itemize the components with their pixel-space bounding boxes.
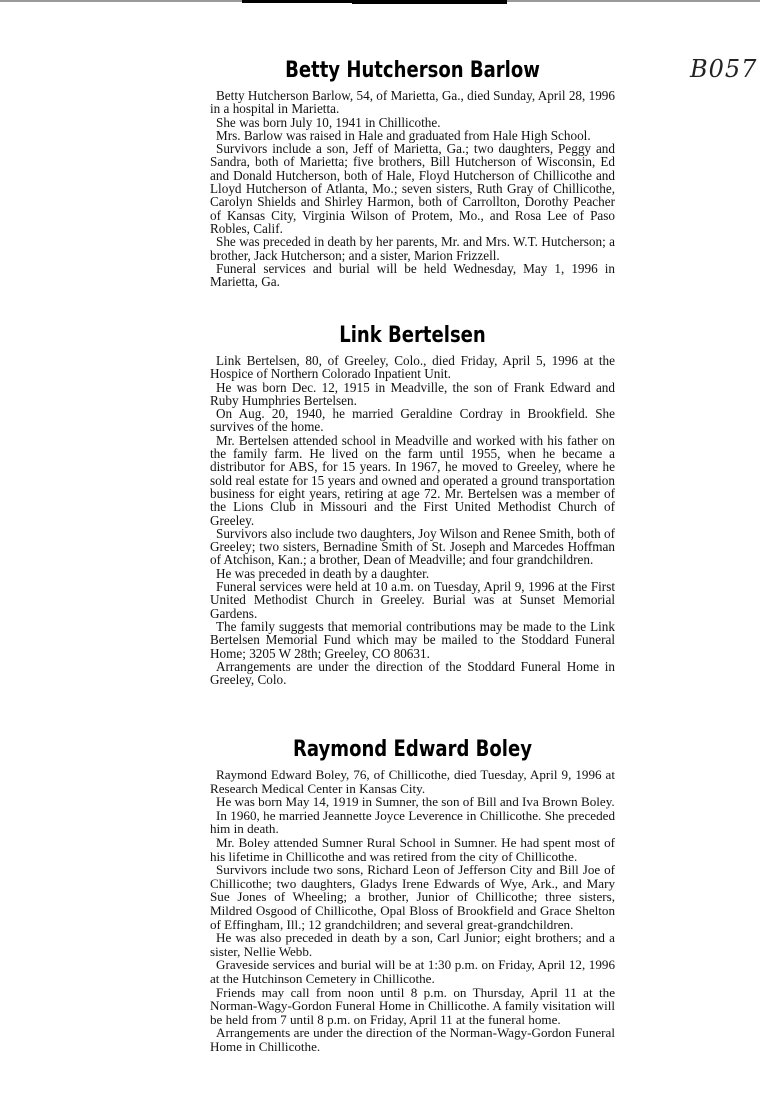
scan-top-edge	[0, 0, 760, 3]
obituary-paragraph: He was born May 14, 1919 in Sumner, the …	[210, 795, 615, 809]
obituary-paragraph: On Aug. 20, 1940, he married Geraldine C…	[210, 407, 615, 434]
obituary-heading: Link Bertelsen	[246, 323, 578, 348]
obituary-paragraph: Survivors also include two daughters, Jo…	[210, 527, 615, 567]
obituary-paragraph: In 1960, he married Jeannette Joyce Leve…	[210, 809, 615, 836]
obituary-paragraph: He was preceded in death by a daughter.	[210, 567, 615, 580]
obituary-paragraph: Betty Hutcherson Barlow, 54, of Marietta…	[210, 89, 615, 116]
obituary-paragraph: She was preceded in death by her parents…	[210, 235, 615, 262]
obituary-paragraph: Mr. Bertelsen attended school in Meadvil…	[210, 434, 615, 527]
obituary-paragraph: Raymond Edward Boley, 76, of Chillicothe…	[210, 768, 615, 795]
obituary-paragraph: Arrangements are under the direction of …	[210, 660, 615, 687]
obituary-heading: Raymond Edward Boley	[246, 737, 578, 762]
obituary-paragraph: Funeral services were held at 10 a.m. on…	[210, 580, 615, 620]
obituary-boley: Raymond Edward Boley Raymond Edward Bole…	[210, 737, 615, 1053]
obituary-heading: Betty Hutcherson Barlow	[246, 58, 578, 83]
handwritten-reference-mark: B057	[690, 55, 757, 83]
obituary-paragraph: He was born Dec. 12, 1915 in Meadville, …	[210, 381, 615, 408]
obituary-paragraph: Survivors include two sons, Richard Leon…	[210, 863, 615, 931]
scan-edge-dark	[352, 0, 507, 4]
obituary-paragraph: He was also preceded in death by a son, …	[210, 931, 615, 958]
obituary-paragraph: Survivors include a son, Jeff of Mariett…	[210, 142, 615, 235]
obituary-paragraph: Friends may call from noon until 8 p.m. …	[210, 986, 615, 1027]
obituary-paragraph: Link Bertelsen, 80, of Greeley, Colo., d…	[210, 354, 615, 381]
obituary-paragraph: Mrs. Barlow was raised in Hale and gradu…	[210, 129, 615, 142]
obituary-paragraph: Funeral services and burial will be held…	[210, 262, 615, 289]
obituary-paragraph: Mr. Boley attended Sumner Rural School i…	[210, 836, 615, 863]
obituary-paragraph: She was born July 10, 1941 in Chillicoth…	[210, 116, 615, 129]
obituary-paragraph: The family suggests that memorial contri…	[210, 620, 615, 660]
obituary-bertelsen: Link Bertelsen Link Bertelsen, 80, of Gr…	[210, 323, 615, 686]
obituary-barlow: Betty Hutcherson Barlow Betty Hutcherson…	[210, 58, 615, 288]
obituary-paragraph: Graveside services and burial will be at…	[210, 958, 615, 985]
scan-edge-dark	[242, 0, 352, 3]
obituary-paragraph: Arrangements are under the direction of …	[210, 1026, 615, 1053]
